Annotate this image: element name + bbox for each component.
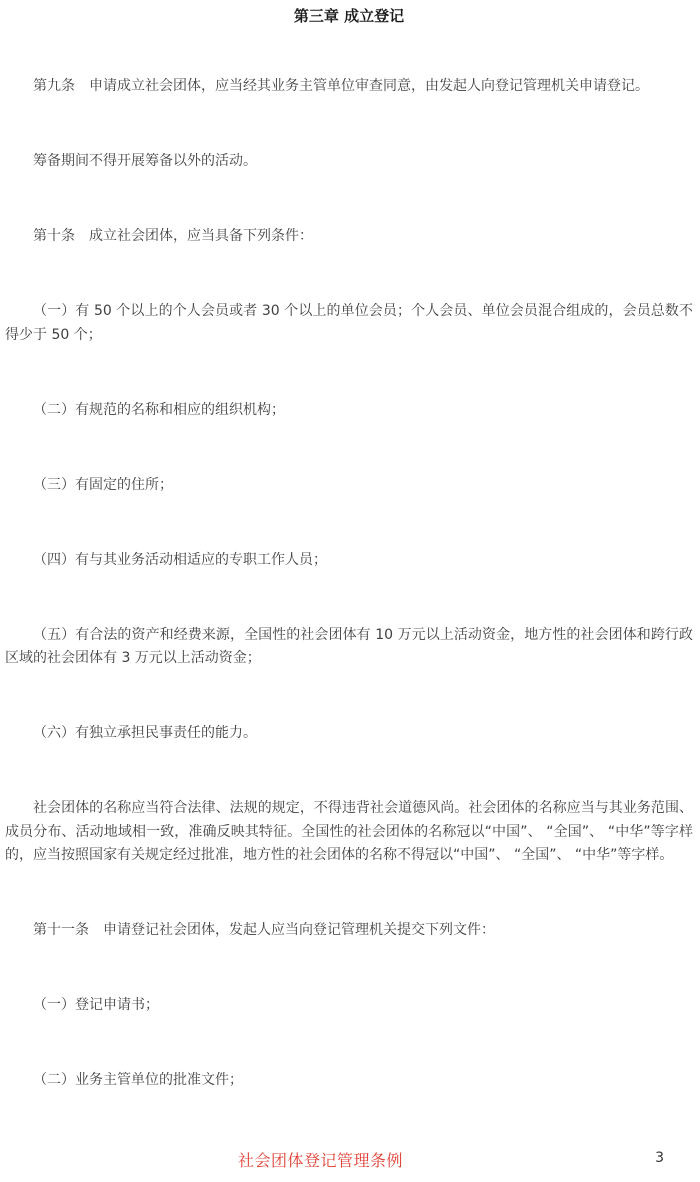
para-document-2: （二）业务主管单位的批准文件； xyxy=(5,1069,693,1093)
para-condition-3: （三）有固定的住所； xyxy=(5,474,693,498)
para-document-1: （一）登记申请书； xyxy=(5,994,693,1018)
footer-doc-title: 社会团体登记管理条例 xyxy=(238,1148,403,1171)
para-condition-1: （一）有 50 个以上的个人会员或者 30 个以上的单位会员；个人会员、单位会员… xyxy=(5,300,693,347)
para-condition-6: （六）有独立承担民事责任的能力。 xyxy=(5,722,693,746)
para-condition-5: （五）有合法的资产和经费来源，全国性的社会团体有 10 万元以上活动资金，地方性… xyxy=(5,624,693,671)
document-page: 第三章 成立登记 第九条 申请成立社会团体，应当经其业务主管单位审查同意，由发起… xyxy=(0,0,700,1093)
para-condition-2: （二）有规范的名称和相应的组织机构； xyxy=(5,399,693,423)
para-condition-4: （四）有与其业务活动相适应的专职工作人员； xyxy=(5,549,693,573)
para-preparation-note: 筹备期间不得开展筹备以外的活动。 xyxy=(5,150,693,174)
page-title: 第三章 成立登记 xyxy=(5,6,693,26)
para-article-9: 第九条 申请成立社会团体，应当经其业务主管单位审查同意，由发起人向登记管理机关申… xyxy=(5,75,693,99)
para-article-11: 第十一条 申请登记社会团体，发起人应当向登记管理机关提交下列文件： xyxy=(5,919,693,943)
para-name-rules: 社会团体的名称应当符合法律、法规的规定，不得违背社会道德风尚。社会团体的名称应当… xyxy=(5,797,693,868)
para-article-10: 第十条 成立社会团体，应当具备下列条件： xyxy=(5,225,693,249)
footer-page-number: 3 xyxy=(655,1150,664,1166)
page-footer: 社会团体登记管理条例 3 xyxy=(0,1146,700,1174)
